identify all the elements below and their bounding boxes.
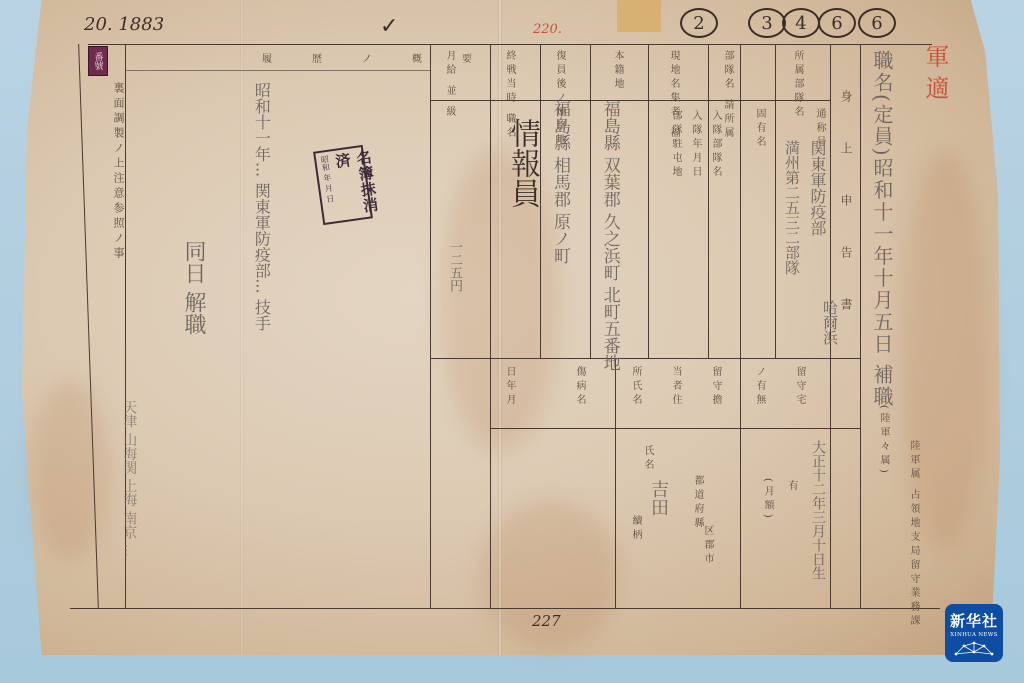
- regiment-header: 所属部隊名: [790, 50, 805, 120]
- illness-header: 傷病名: [572, 366, 587, 408]
- deletion-stamp: 昭和 年 月 日 名簿抹消済: [313, 145, 373, 225]
- stain: [30, 380, 110, 560]
- enlist-unit-header: 入隊部隊名: [708, 110, 723, 180]
- family-name-entry: 吉田: [645, 480, 671, 516]
- domicile-header: 本籍地: [610, 50, 625, 92]
- form-divider: [740, 44, 741, 609]
- circled-number: 6: [858, 8, 896, 38]
- form-divider: [860, 44, 861, 609]
- form-divider: [708, 44, 709, 359]
- checkmark: ✓: [380, 14, 398, 39]
- form-divider: [775, 44, 776, 359]
- garrison-header: 部隊駐屯地: [668, 110, 683, 180]
- form-divider: [490, 44, 491, 609]
- form-divider: [590, 44, 591, 359]
- office-label: 陸軍属 占領地支局留守業務課: [906, 440, 921, 629]
- station-entry: 哈爾浜: [820, 300, 841, 345]
- form-divider: [648, 44, 649, 359]
- unit-id-header: 固有名: [752, 108, 767, 150]
- relation-label: 續柄: [628, 515, 643, 543]
- ledger-note: 天津 山海関 上海 南京 ...: [120, 400, 138, 590]
- dismissal-entry: 同日 解職: [178, 240, 209, 335]
- page-number: 220.: [533, 22, 562, 37]
- circled-number: 3: [748, 8, 786, 38]
- form-divider: [430, 44, 431, 609]
- contact-entry: 福島縣 相馬郡 原ノ町: [548, 100, 573, 264]
- stamp-text: 名簿抹消済: [332, 148, 382, 217]
- form-divider: [615, 358, 616, 608]
- logo-english-text: XINHUA NEWS: [950, 632, 997, 638]
- circled-number: 2: [680, 8, 718, 38]
- army-label: (陸軍々属): [876, 405, 891, 477]
- left-note: 裏面調製ノ上注意参照ノ事: [110, 82, 126, 262]
- tape-piece: [617, 0, 661, 32]
- district-label: 区郡市: [700, 525, 715, 567]
- code-entry: 満州第二五三二部隊: [782, 140, 803, 275]
- name-label: 氏名: [640, 445, 655, 473]
- birth-entry: 大正十二年三月十日生: [808, 440, 828, 580]
- rank-header: 月給 並 級: [442, 50, 457, 120]
- form-divider: [490, 428, 860, 429]
- dependents-header: 留守宅: [792, 366, 807, 408]
- career-header: 履歴ノ概要: [262, 50, 512, 65]
- document-number: 20. 1883: [84, 14, 164, 35]
- right-margin-entry: 職名(定員)昭和十一年十月五日 補職: [868, 50, 897, 408]
- exists-label: 有: [784, 480, 799, 494]
- keeper-header: 留守擔: [708, 366, 723, 408]
- keeper-name-header: 所氏名: [628, 366, 643, 408]
- domicile-entry: 福島縣 双葉郡 久之浜町 北町五番地: [600, 100, 619, 371]
- keeper-address-header: 当者住: [668, 366, 683, 408]
- network-icon: [952, 640, 996, 656]
- form-divider: [125, 70, 430, 71]
- number-seal: 番號: [88, 46, 108, 76]
- form-divider: [430, 100, 830, 101]
- fold-line: [240, 0, 244, 655]
- red-annotation: 軍 適: [918, 44, 953, 100]
- circled-number: 6: [818, 8, 856, 38]
- presence-header: ノ有無: [752, 366, 767, 408]
- logo-chinese-text: 新华社: [950, 610, 998, 631]
- enlist-date-header: 入隊年月日: [688, 110, 703, 180]
- xinhua-news-logo: 新华社 XINHUA NEWS: [945, 604, 1003, 662]
- job-title-entry: 情報員: [500, 118, 544, 208]
- unit-entry: 関東軍防疫部: [806, 140, 829, 236]
- monthly-label: (月額): [760, 478, 775, 522]
- prefecture-label: 都道府縣: [690, 475, 705, 531]
- date-header: 日年月: [502, 366, 517, 408]
- form-bottom-border: [70, 608, 940, 609]
- career-entry: 昭和十一年... 関東軍防疫部... 技手: [250, 82, 272, 362]
- bottom-number: 227: [532, 612, 561, 630]
- circled-number: 4: [782, 8, 820, 38]
- pay-entry: 一二五円: [445, 240, 464, 292]
- form-top-border: [88, 44, 932, 45]
- form-divider: [430, 358, 860, 359]
